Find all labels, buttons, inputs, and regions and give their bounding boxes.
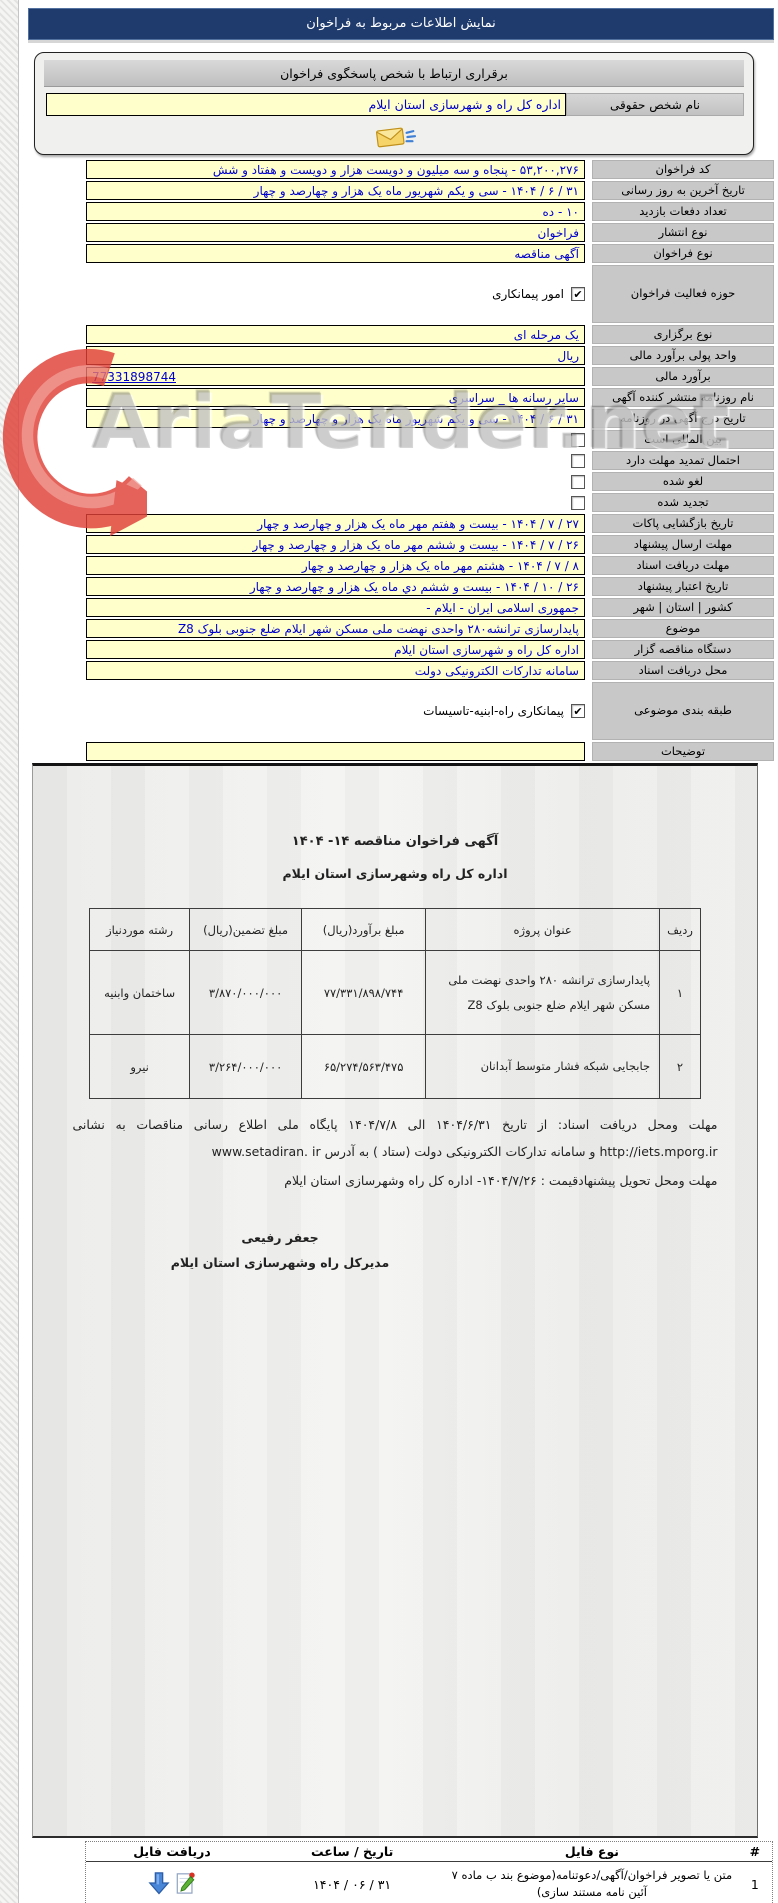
form-row: نوع برگزارییک مرحله ای xyxy=(28,325,774,344)
doc-col-row-no: ردیف xyxy=(660,909,701,951)
field-value[interactable]: ۱۰ - ده xyxy=(86,202,585,221)
attach-col-download: دریافت فایل xyxy=(86,1842,258,1862)
field-value[interactable]: ۲۷ / ۷ / ۱۴۰۴ - بیست و هفتم مهر ماه یک ه… xyxy=(86,514,585,533)
form-row: کشور | استان | شهرجمهوری اسلامی ایران - … xyxy=(28,598,774,617)
field-value[interactable]: اداره کل راه و شهرسازی استان ایلام xyxy=(86,640,585,659)
doc-col-guarantee: مبلغ تضمین(ریال) xyxy=(190,909,302,951)
download-icon[interactable] xyxy=(148,1871,170,1898)
field-label: واحد پولی برآورد مالی xyxy=(592,346,774,365)
doc-paragraph-delivery: مهلت ومحل تحویل پیشنهادقیمت : ۱۴۰۴/۷/۲۶-… xyxy=(73,1168,718,1195)
attachments-table: # نوع فایل تاریخ / ساعت دریافت فایل 1 مت… xyxy=(86,1842,772,1903)
table-row: 1 متن یا تصویر فراخوان/آگهی/دعوتنامه(موض… xyxy=(86,1862,772,1903)
field-value[interactable]: ۵۳,۲۰۰,۲۷۶ - پنجاه و سه میلیون و دویست ه… xyxy=(86,160,585,179)
doc-col-title: عنوان پروژه xyxy=(426,909,660,951)
doc-row-estimate: ۷۷/۳۳۱/۸۹۸/۷۴۴ xyxy=(302,951,426,1035)
field-label: موضوع xyxy=(592,619,774,638)
table-row: ۱ پایدارسازی ترانشه ۲۸۰ واحدی نهضت ملی م… xyxy=(90,951,701,1035)
email-envelope-icon[interactable] xyxy=(368,140,420,159)
edit-file-icon[interactable] xyxy=(175,1871,197,1898)
field-label: تاریخ بازگشایی پاکات xyxy=(592,514,774,533)
form-row: تجدید شده xyxy=(28,493,774,512)
form-row: تاریخ بازگشایی پاکات۲۷ / ۷ / ۱۴۰۴ - بیست… xyxy=(28,514,774,533)
doc-table-header-row: ردیف عنوان پروژه مبلغ برآورد(ریال) مبلغ … xyxy=(90,909,701,951)
doc-row-title: پایدارسازی ترانشه ۲۸۰ واحدی نهضت ملی مسک… xyxy=(426,951,660,1035)
field-value[interactable]: ۳۱ / ۶ / ۱۴۰۴ - سی و یکم شهریور ماه یک ه… xyxy=(86,409,585,428)
form-row: بین المللی است xyxy=(28,430,774,449)
attach-col-filetype: نوع فایل xyxy=(446,1842,737,1862)
form-row: موضوعپایدارسازی ترانشه۲۸۰ واحدی نهضت ملی… xyxy=(28,619,774,638)
field-value[interactable]: سایر رسانه ها _ سراسری xyxy=(86,388,585,407)
form-row: لغو شده xyxy=(28,472,774,491)
legal-person-name-value[interactable]: اداره کل راه و شهرسازی استان ایلام xyxy=(46,93,566,116)
attach-row-datetime: ۳۱ / ۰۶ / ۱۴۰۴ xyxy=(258,1862,446,1903)
form-row: نوع فراخوانآگهی مناقصه xyxy=(28,244,774,263)
doc-col-estimate: مبلغ برآورد(ریال) xyxy=(302,909,426,951)
form-row: تاریخ آخرین به روز رسانی۳۱ / ۶ / ۱۴۰۴ - … xyxy=(28,181,774,200)
field-label: دستگاه مناقصه گزار xyxy=(592,640,774,659)
field-value[interactable]: ۲۶ / ۱۰ / ۱۴۰۴ - بیست و ششم دي ماه یک هز… xyxy=(86,577,585,596)
form-row: مهلت ارسال پیشنهاد۲۶ / ۷ / ۱۴۰۴ - بیست و… xyxy=(28,535,774,554)
field-label: تاریخ اعتبار پیشنهاد xyxy=(592,577,774,596)
field-label: کد فراخوان xyxy=(592,160,774,179)
form-row: طبقه بندی موضوعی✔پیمانکاری راه-ابنیه-تاس… xyxy=(28,682,774,740)
attachments-header-row: # نوع فایل تاریخ / ساعت دریافت فایل xyxy=(86,1842,772,1862)
page-title: نمایش اطلاعات مربوط به فراخوان xyxy=(28,8,774,40)
doc-projects-table: ردیف عنوان پروژه مبلغ برآورد(ریال) مبلغ … xyxy=(89,908,701,1099)
field-value[interactable]: فراخوان xyxy=(86,223,585,242)
doc-paragraph-deadline: مهلت ومحل دریافت اسناد: از تاریخ ۱۴۰۴/۶/… xyxy=(73,1112,718,1166)
form-row: محل دریافت اسنادسامانه تدارکات الکترونیک… xyxy=(28,661,774,680)
field-label: لغو شده xyxy=(592,472,774,491)
contact-box-header: برقراری ارتباط با شخص پاسخگوی فراخوان xyxy=(44,60,744,87)
field-value[interactable]: سامانه تدارکات الکترونیکی دولت xyxy=(86,661,585,680)
form-row: تعداد دفعات بازدید۱۰ - ده xyxy=(28,202,774,221)
doc-signature-name: جعفر رفیعی xyxy=(0,1225,642,1250)
field-label: مهلت دریافت اسناد xyxy=(592,556,774,575)
field-value[interactable] xyxy=(86,742,585,761)
field-label: بین المللی است xyxy=(592,430,774,449)
legal-person-name-label: نام شخص حقوقی xyxy=(566,93,744,116)
form-row: نام روزنامه منتشر کننده آگهیسایر رسانه ه… xyxy=(28,388,774,407)
field-label: احتمال تمدید مهلت دارد xyxy=(592,451,774,470)
field-value[interactable]: آگهی مناقصه xyxy=(86,244,585,263)
checkbox[interactable]: ✔ xyxy=(571,287,585,301)
field-label: نوع انتشار xyxy=(592,223,774,242)
doc-row-guarantee: ۳/۸۷۰/۰۰۰/۰۰۰ xyxy=(190,951,302,1035)
tender-document-scan: آگهی فراخوان مناقصه ۱۴- ۱۴۰۴ اداره کل را… xyxy=(32,763,758,1838)
doc-row-field: ساختمان وابنیه xyxy=(90,951,190,1035)
field-label: تجدید شده xyxy=(592,493,774,512)
form-row: واحد پولی برآورد مالیریال xyxy=(28,346,774,365)
doc-row-no: ۲ xyxy=(660,1035,701,1099)
main-content: نمایش اطلاعات مربوط به فراخوان برقراری ا… xyxy=(28,8,774,1903)
field-label: نام روزنامه منتشر کننده آگهی xyxy=(592,388,774,407)
field-value[interactable]: ۸ / ۷ / ۱۴۰۴ - هشتم مهر ماه یک هزار و چه… xyxy=(86,556,585,575)
attachments-table-wrap: # نوع فایل تاریخ / ساعت دریافت فایل 1 مت… xyxy=(85,1841,773,1903)
field-value[interactable]: ۳۱ / ۶ / ۱۴۰۴ - سی و یکم شهریور ماه یک ه… xyxy=(86,181,585,200)
form-row: برآورد مالی77331898744 xyxy=(28,367,774,386)
field-label: طبقه بندی موضوعی xyxy=(592,682,774,740)
contact-box: برقراری ارتباط با شخص پاسخگوی فراخوان نا… xyxy=(34,52,754,155)
form-row: توضیحات xyxy=(28,742,774,761)
form-row: حوزه فعالیت فراخوان✔امور پیمانکاری xyxy=(28,265,774,323)
field-value[interactable]: ۲۶ / ۷ / ۱۴۰۴ - بیست و ششم مهر ماه یک هز… xyxy=(86,535,585,554)
checkbox[interactable] xyxy=(571,475,585,489)
field-value[interactable]: 77331898744 xyxy=(86,367,585,386)
doc-subtitle: اداره کل راه وشهرسازی استان ایلام xyxy=(33,866,757,881)
field-label: مهلت ارسال پیشنهاد xyxy=(592,535,774,554)
doc-row-field: نیرو xyxy=(90,1035,190,1099)
form-row: نوع انتشارفراخوان xyxy=(28,223,774,242)
field-value[interactable]: ریال xyxy=(86,346,585,365)
field-label: توضیحات xyxy=(592,742,774,761)
form-row: احتمال تمدید مهلت دارد xyxy=(28,451,774,470)
field-label: تاریخ آخرین به روز رسانی xyxy=(592,181,774,200)
checkbox[interactable] xyxy=(571,454,585,468)
field-value[interactable]: یک مرحله ای xyxy=(86,325,585,344)
doc-row-no: ۱ xyxy=(660,951,701,1035)
doc-title: آگهی فراخوان مناقصه ۱۴- ۱۴۰۴ xyxy=(33,834,757,849)
checkbox-label: امور پیمانکاری xyxy=(492,287,564,301)
doc-row-estimate: ۶۵/۲۷۴/۵۶۳/۴۷۵ xyxy=(302,1035,426,1099)
checkbox[interactable] xyxy=(571,496,585,510)
checkbox[interactable]: ✔ xyxy=(571,704,585,718)
page-side-texture xyxy=(0,0,19,1903)
doc-row-guarantee: ۳/۲۶۴/۰۰۰/۰۰۰ xyxy=(190,1035,302,1099)
field-value[interactable]: جمهوری اسلامی ایران - ایلام - xyxy=(86,598,585,617)
doc-row-title: جابجایی شبکه فشار متوسط آبدانان xyxy=(426,1035,660,1099)
form-row: مهلت دریافت اسناد۸ / ۷ / ۱۴۰۴ - هشتم مهر… xyxy=(28,556,774,575)
checkbox-label: پیمانکاری راه-ابنیه-تاسیسات xyxy=(423,704,564,718)
attach-row-number: 1 xyxy=(738,1862,772,1903)
field-label: تاریخ درج آگهی در روزنامه xyxy=(592,409,774,428)
attach-col-number: # xyxy=(738,1842,772,1862)
checkbox[interactable] xyxy=(571,433,585,447)
doc-col-field: رشته موردنیاز xyxy=(90,909,190,951)
field-label: کشور | استان | شهر xyxy=(592,598,774,617)
field-label: تعداد دفعات بازدید xyxy=(592,202,774,221)
form: کد فراخوان۵۳,۲۰۰,۲۷۶ - پنجاه و سه میلیون… xyxy=(28,160,774,761)
field-label: برآورد مالی xyxy=(592,367,774,386)
doc-signature-role: مدیرکل راه وشهرسازی استان ایلام xyxy=(0,1250,642,1275)
field-label: حوزه فعالیت فراخوان xyxy=(592,265,774,323)
table-row: ۲ جابجایی شبکه فشار متوسط آبدانان ۶۵/۲۷۴… xyxy=(90,1035,701,1099)
field-label: محل دریافت اسناد xyxy=(592,661,774,680)
form-row: دستگاه مناقصه گزاراداره کل راه و شهرسازی… xyxy=(28,640,774,659)
field-label: نوع برگزاری xyxy=(592,325,774,344)
attach-col-datetime: تاریخ / ساعت xyxy=(258,1842,446,1862)
field-label: نوع فراخوان xyxy=(592,244,774,263)
field-value[interactable]: پایدارسازی ترانشه۲۸۰ واحدی نهضت ملی مسکن… xyxy=(86,619,585,638)
form-row: تاریخ اعتبار پیشنهاد۲۶ / ۱۰ / ۱۴۰۴ - بیس… xyxy=(28,577,774,596)
form-row: تاریخ درج آگهی در روزنامه۳۱ / ۶ / ۱۴۰۴ -… xyxy=(28,409,774,428)
attach-row-filetype: متن یا تصویر فراخوان/آگهی/دعوتنامه(موضوع… xyxy=(446,1862,737,1903)
form-row: کد فراخوان۵۳,۲۰۰,۲۷۶ - پنجاه و سه میلیون… xyxy=(28,160,774,179)
doc-signature: جعفر رفیعی مدیرکل راه وشهرسازی استان ایل… xyxy=(0,1225,642,1275)
